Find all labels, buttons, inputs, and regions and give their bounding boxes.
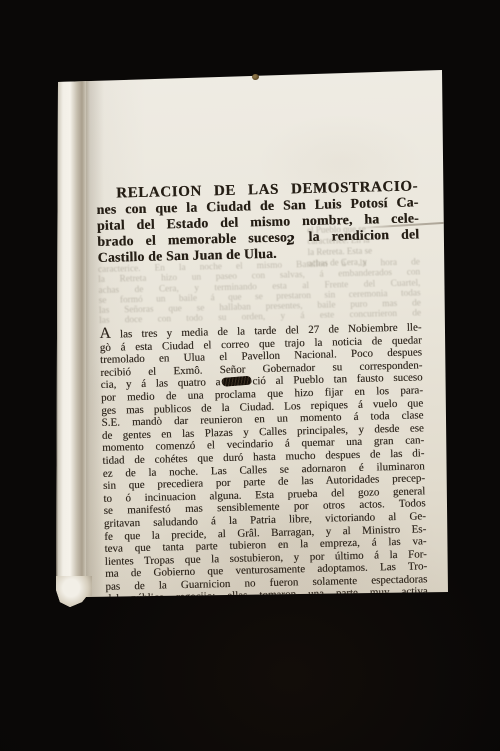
initial-capital: A xyxy=(99,325,111,342)
curled-left-edge xyxy=(56,74,90,614)
body-line: y contribuyeron à aumentarlo, Las música… xyxy=(106,598,428,618)
paper-edge-speck xyxy=(252,74,259,80)
ink-bleedthrough-block: caracterice. En la noche el mismo Batall… xyxy=(98,257,421,326)
paper-page: el Pueblo que secaracterice. En lala Ret… xyxy=(56,64,452,612)
document-body: A las tres y media de la tarde del 27 de… xyxy=(99,321,428,618)
curl-bottom-roll xyxy=(56,576,92,610)
photo-of-broadside: el Pueblo que secaracterice. En lala Ret… xyxy=(0,0,500,751)
document-title: RELACION DE LAS DEMOSTRACIO-nes con que … xyxy=(96,178,420,266)
ink-blot xyxy=(221,376,252,387)
printed-content: el Pueblo que secaracterice. En lala Ret… xyxy=(96,178,429,655)
handwritten-insert-mark: 2 xyxy=(286,232,297,249)
